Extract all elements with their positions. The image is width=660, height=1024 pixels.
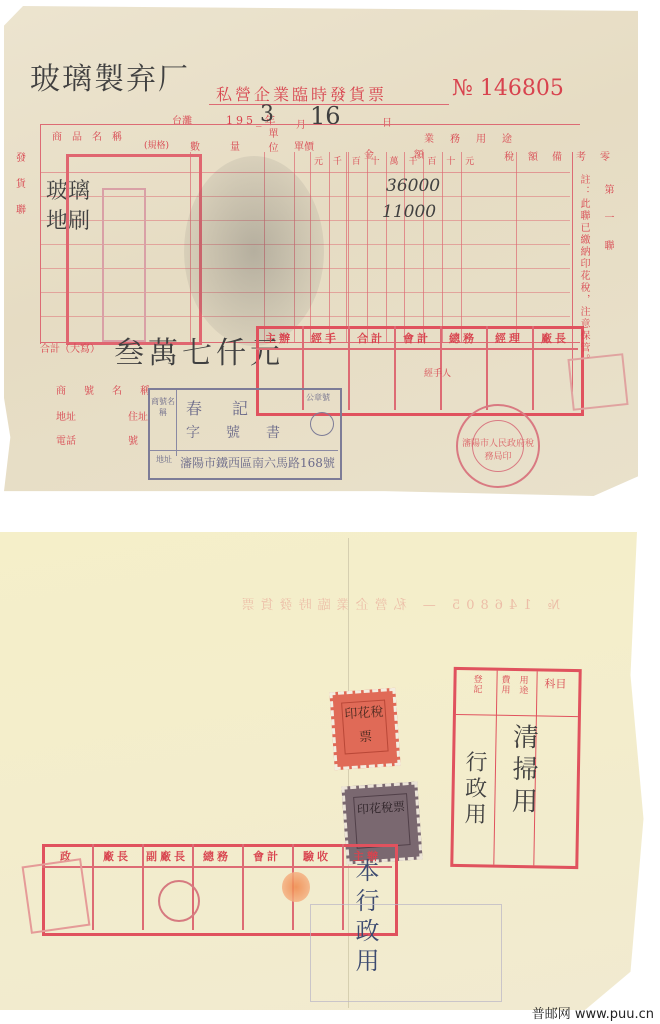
approval-header: 驗收 [292,848,342,864]
ink-smudge [184,156,324,346]
round-tax-stamp: 瀋陽市人民政府稅務局印 [456,404,540,488]
header-spec: (規格) [144,138,169,151]
digit-header: 元 [465,154,474,167]
digit-header: 百 [427,154,436,167]
digit-header: 十 [446,154,455,167]
approval-sub: 經手人 [424,366,451,379]
label-address: 地址 [56,408,76,423]
header-remarks-cols: 稅額備考零 [504,148,624,163]
digit-header: 十 [371,154,380,167]
header-unit: 單位 [264,128,279,156]
approval-header: 會計 [394,330,440,346]
round-seal [158,880,200,922]
approval-header: 總務 [192,848,242,864]
approval-header: 廠長 [92,848,142,864]
side-label: 發貨聯 [16,146,26,224]
approval-header: 經手 [302,330,348,346]
stamp-inner-frame [102,188,146,342]
purpose-header-subject: 科目 [544,675,566,691]
round-stamp-text: 瀋陽市人民政府稅務局印 [458,436,538,462]
orange-seal [282,872,310,902]
purpose-header-fee: 費用 [498,675,511,695]
stamp-shop-name: 春記 [186,396,278,419]
stamp-label: 商號名稱 [150,390,177,456]
approval-header: 合計 [348,330,394,346]
digit-header: 千 [408,154,417,167]
purpose-handwritten: 清掃用 [504,723,543,820]
approval-header: 總務 [440,330,486,346]
label-phone: 電話 [56,432,76,447]
approval-header: 會計 [242,848,292,864]
watermark: 普邮网 www.puu.cn [532,1003,654,1022]
digit-header: 萬 [390,154,399,167]
approval-header: 廠長 [532,330,578,346]
purpose-handwritten-2: 行政用 [458,750,490,829]
digit-header: 千 [333,154,342,167]
digit-header: 元 [314,154,323,167]
faded-company-stamp [310,904,502,1002]
revenue-stamp-red: 印花稅票 [329,688,400,770]
note-vertical: 註：此聯已繳納印花稅，注意保管。 [576,174,591,374]
total-label: 合計（大寫） [40,340,100,355]
copy-label: 第一聯 [600,184,615,268]
invoice-title: 私營企業臨時發貨票 [216,82,387,105]
stamp-address: 瀋陽市鐵西區南六馬路168號 [180,454,335,471]
header-quantity: 數量 [190,138,270,153]
label-number: 號 [128,432,138,447]
invoice-front: 玻璃製弃厂 私營企業臨時發貨票 № 146805 台灘 195_年 3 月 16… [4,6,638,496]
label-residence: 住址 [128,408,148,423]
stamp-address-label: 地址 [152,454,176,465]
header-remarks: 業務用途 [424,130,528,145]
handwritten-company: 玻璃製弃厂 [30,54,190,98]
approval-header: 主辦 [256,330,302,346]
faded-seal-left [22,858,91,934]
company-stamp: 商號名稱 春記 字號書 地址 瀋陽市鐵西區南六馬路168號 公章號 [148,388,342,480]
header-price: 單價 [294,138,314,153]
purpose-header-register: 登記 [470,674,483,694]
purpose-box: 科目 用途 費用 登記 清掃用 行政用 [450,667,581,869]
stamp-row2: 字號書 [186,422,306,442]
digit-header: 百 [352,154,361,167]
date-day-value: 16 [310,102,341,130]
approval-header: 副廠長 [142,848,192,864]
purpose-header-use: 用途 [516,675,529,695]
date-day-label: 日 [382,114,392,129]
header-product: 商品名稱 [52,128,132,143]
serial-number: № 146805 [452,76,564,101]
approval-header: 經理 [486,330,532,346]
row-amount-1: 36000 [386,176,440,196]
row-amount-2: 11000 [382,202,436,222]
invoice-back: № 146805 — 私營企業臨時發貨票 科目 用途 費用 登記 清掃用 行政用… [0,532,650,1010]
stamp-badge: 公章號 [306,392,330,403]
